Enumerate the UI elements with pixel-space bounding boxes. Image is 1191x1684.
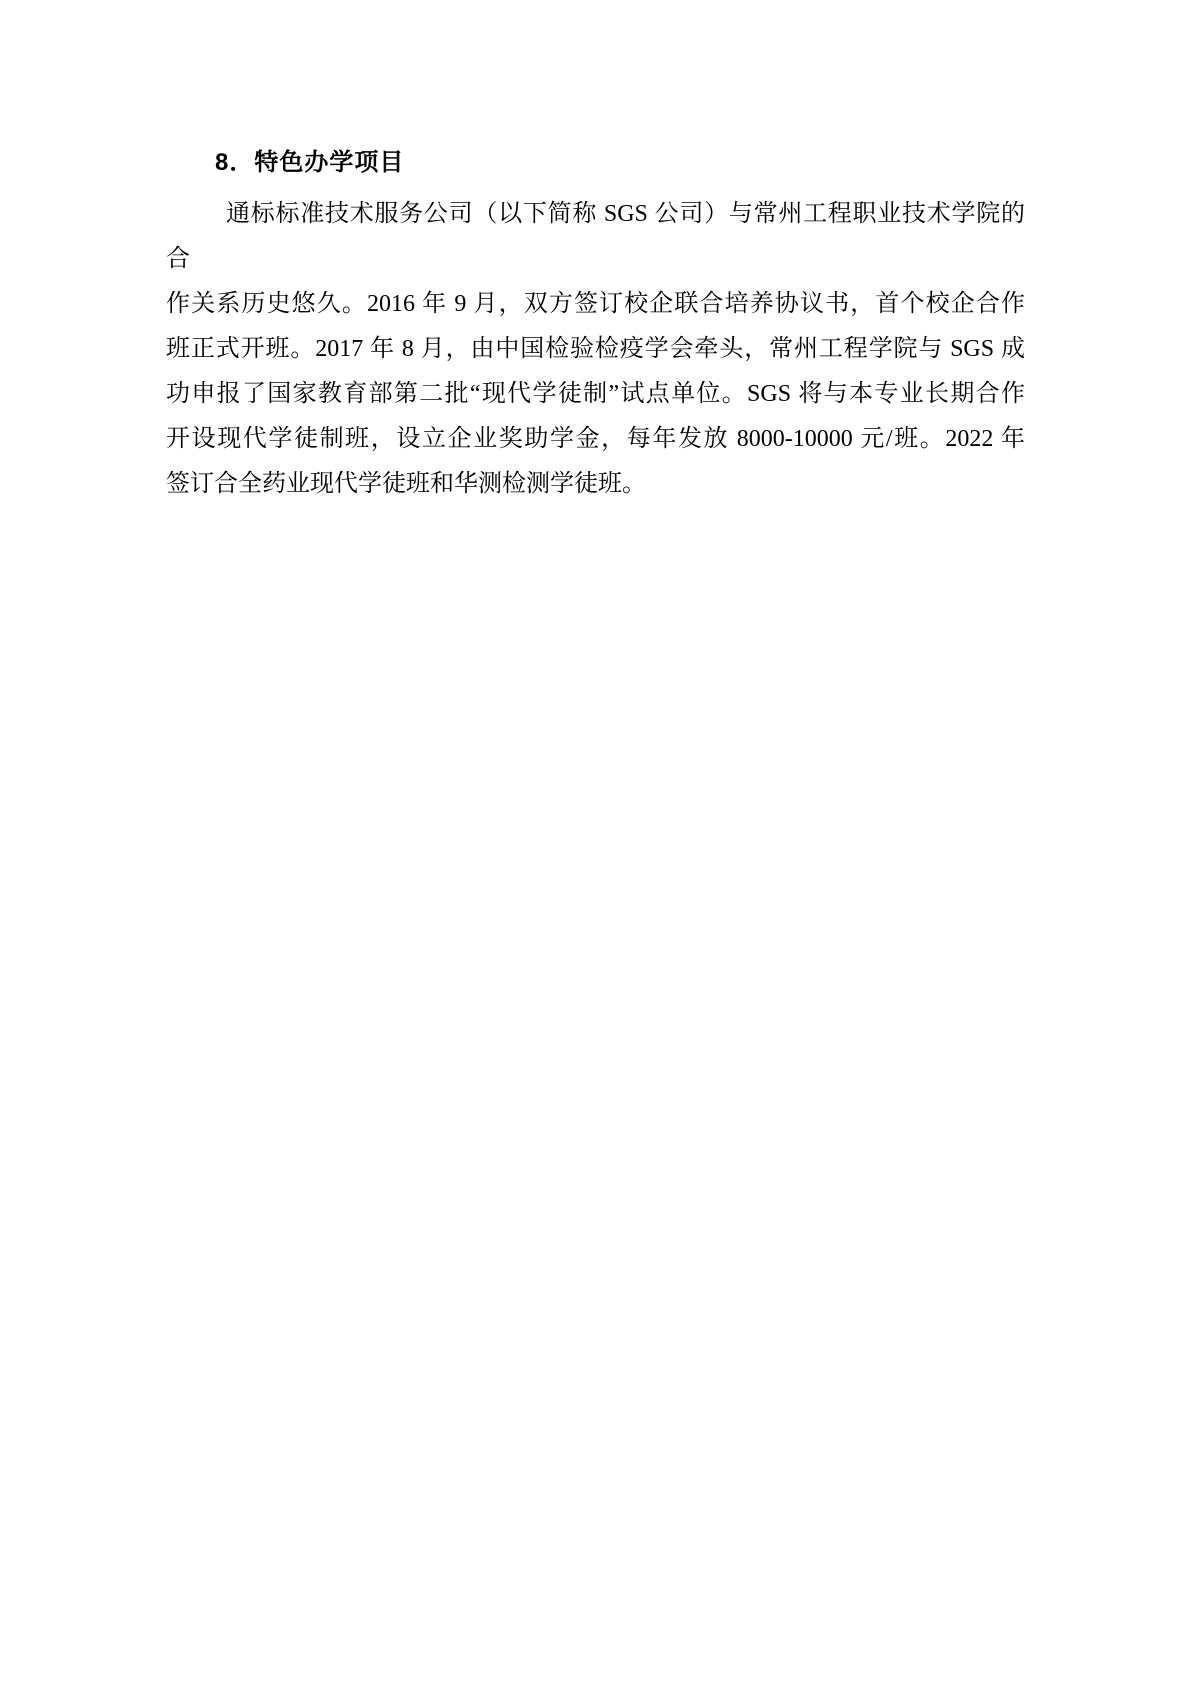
body-paragraph: 通标标准技术服务公司（以下简称 SGS 公司）与常州工程职业技术学院的合 作关系… xyxy=(166,192,1025,507)
paragraph-line: 通标标准技术服务公司（以下简称 SGS 公司）与常州工程职业技术学院的合 xyxy=(166,192,1025,282)
paragraph-line: 开设现代学徒制班，设立企业奖助学金，每年发放 8000-10000 元/班。20… xyxy=(166,417,1025,462)
paragraph-line: 班正式开班。2017 年 8 月，由中国检验检疫学会牵头，常州工程学院与 SGS… xyxy=(166,327,1025,372)
paragraph-line: 作关系历史悠久。2016 年 9 月，双方签订校企联合培养协议书，首个校企合作 xyxy=(166,282,1025,327)
paragraph-line: 功申报了国家教育部第二批“现代学徒制”试点单位。SGS 将与本专业长期合作 xyxy=(166,372,1025,417)
document-page: 8．特色办学项目 通标标准技术服务公司（以下简称 SGS 公司）与常州工程职业技… xyxy=(0,0,1191,1684)
page-content: 8．特色办学项目 通标标准技术服务公司（以下简称 SGS 公司）与常州工程职业技… xyxy=(166,140,1025,507)
section-heading: 8．特色办学项目 xyxy=(166,140,1025,185)
paragraph-line: 签订合全药业现代学徒班和华测检测学徒班。 xyxy=(166,462,1025,507)
